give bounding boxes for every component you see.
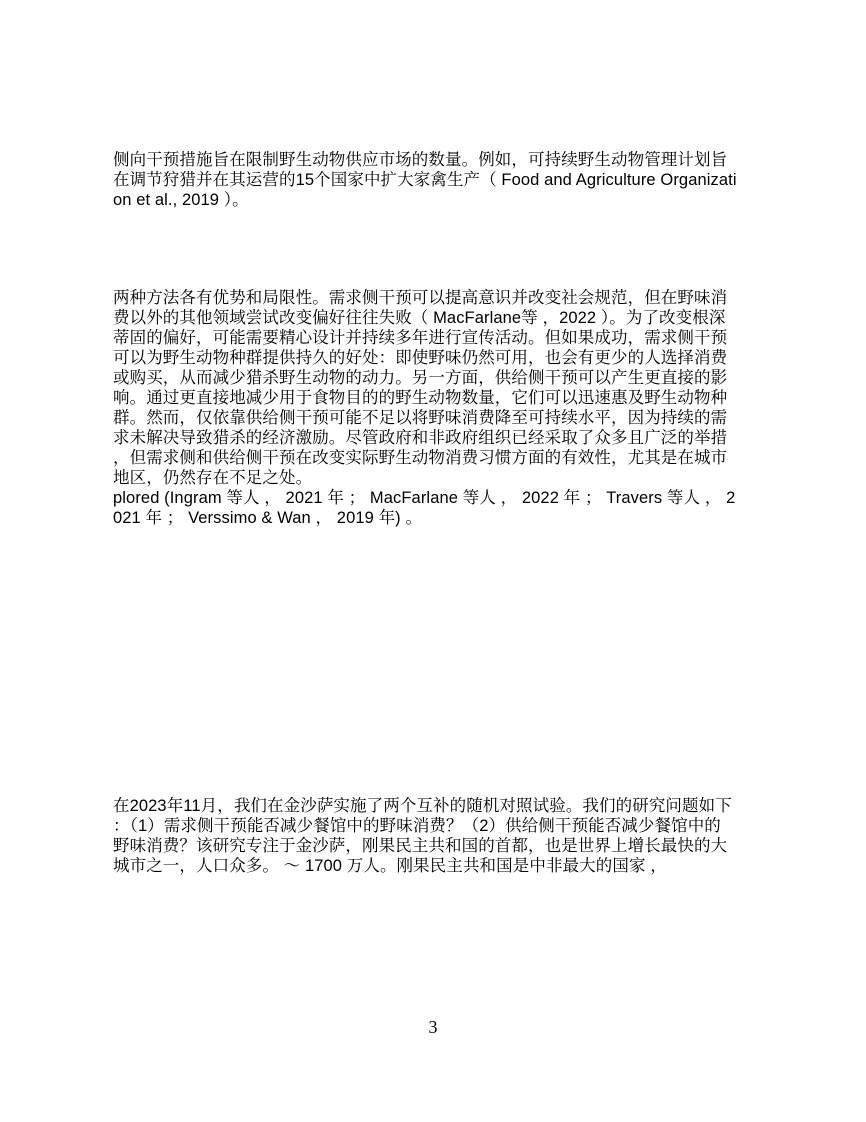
paragraph: 侧向干预措施旨在限制野生动物供应市场的数量。例如，可持续野生动物管理计划旨 在调… [113, 150, 773, 210]
text-line: on et al., 2019 ）。 [113, 190, 773, 210]
paragraph: 在2023年11月，我们在金沙萨实施了两个互补的随机对照试验。我们的研究问题如下… [113, 796, 773, 876]
text-line: 可以为野生动物种群提供持久的好处：即使野味仍然可用，也会有更少的人选择消费 [113, 348, 773, 368]
text-line: 021 年 ； Verssimo & Wan ， 2019 年) 。 [113, 508, 773, 528]
text-line: 求未解决导致猎杀的经济激励。尽管政府和非政府组织已经采取了众多且广泛的举措 [113, 428, 773, 448]
text-line: 侧向干预措施旨在限制野生动物供应市场的数量。例如，可持续野生动物管理计划旨 [113, 150, 773, 170]
text-line: 野味消费？该研究专注于金沙萨，刚果民主共和国的首都，也是世界上增长最快的大 [113, 836, 773, 856]
text-line: 蒂固的偏好，可能需要精心设计并持续多年进行宣传活动。但如果成功，需求侧干预 [113, 328, 773, 348]
text-line: plored (Ingram 等人 ， 2021 年 ； MacFarlane … [113, 488, 773, 508]
text-line: 群。然而，仅依靠供给侧干预可能不足以将野味消费降至可持续水平，因为持续的需 [113, 408, 773, 428]
text-line: 地区，仍然存在不足之处。 [113, 468, 773, 488]
text-line: 费以外的其他领域尝试改变偏好往往失败（ MacFarlane等 ，2022 ）。… [113, 308, 773, 328]
document-page: 侧向干预措施旨在限制野生动物供应市场的数量。例如，可持续野生动物管理计划旨 在调… [0, 0, 866, 1122]
text-line: 响。通过更直接地减少用于食物目的的野生动物数量，它们可以迅速惠及野生动物种 [113, 388, 773, 408]
text-line: ，但需求侧和供给侧干预在改变实际野生动物消费习惯方面的有效性，尤其是在城市 [113, 448, 773, 468]
text-line: 在2023年11月，我们在金沙萨实施了两个互补的随机对照试验。我们的研究问题如下 [113, 796, 773, 816]
text-line: 在调节狩猎并在其运营的15个国家中扩大家禽生产（ Food and Agricu… [113, 170, 773, 190]
text-line: ：（1）需求侧干预能否减少餐馆中的野味消费？（2）供给侧干预能否减少餐馆中的 [113, 816, 773, 836]
page-number: 3 [0, 1016, 866, 1038]
text-line: 两种方法各有优势和局限性。需求侧干预可以提高意识并改变社会规范，但在野味消 [113, 288, 773, 308]
paragraph: 两种方法各有优势和局限性。需求侧干预可以提高意识并改变社会规范，但在野味消 费以… [113, 288, 773, 528]
text-line: 或购买，从而减少猎杀野生动物的动力。另一方面，供给侧干预可以产生更直接的影 [113, 368, 773, 388]
text-line: 城市之一，人口众多。 ～ 1700 万人。刚果民主共和国是中非最大的国家 ， [113, 856, 773, 876]
